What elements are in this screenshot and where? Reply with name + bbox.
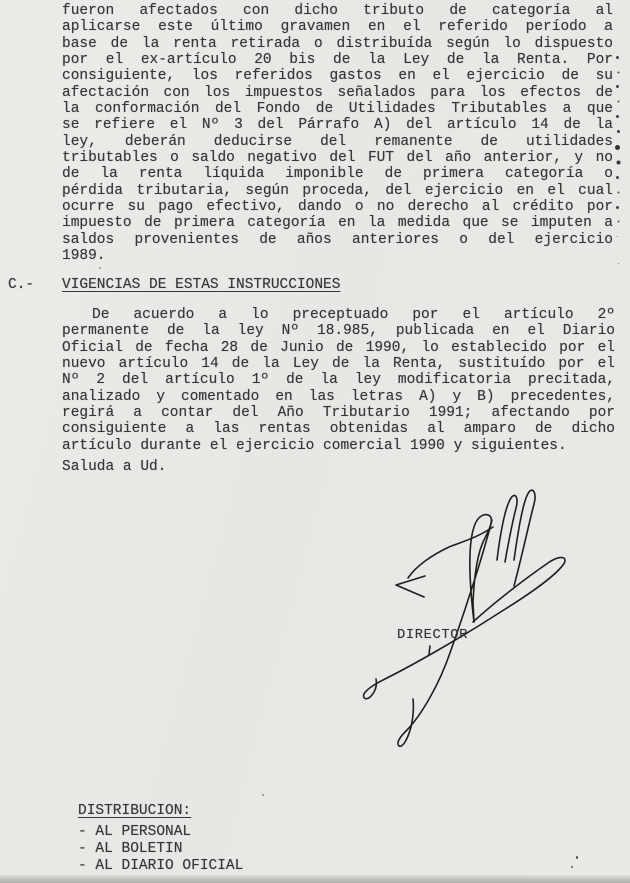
text-line: nuevo artículo 14 de la Ley de la Renta,…: [62, 356, 615, 372]
distribution-heading: DISTRIBUCION:: [78, 803, 243, 820]
signature-scribble: [340, 475, 600, 765]
scan-speck: [571, 866, 573, 868]
text-line: 1989.: [62, 248, 613, 264]
text-line: de la renta líquida imponible de primera…: [62, 166, 613, 182]
scanned-document-page: { "document": { "paragraph_1": { "lines"…: [0, 0, 630, 883]
distribution-item: - AL PERSONAL: [78, 824, 243, 841]
scan-bottom-edge: [0, 875, 630, 883]
text-line: afectación con los impuestos señalados p…: [62, 85, 613, 101]
distribution-item: - AL DIARIO OFICIAL: [78, 858, 243, 875]
text-line: tributables o saldo negativo del FUT del…: [62, 150, 613, 166]
text-line: artículo durante el ejercicio comercial …: [62, 438, 615, 454]
text-line: permanente de la ley Nº 18.985, publicad…: [62, 323, 615, 339]
section-label-c: C.-: [8, 277, 34, 293]
scan-speck: [262, 794, 264, 796]
distribution-item: - AL BOLETIN: [78, 841, 243, 858]
distribution-block: DISTRIBUCION: - AL PERSONAL- AL BOLETIN-…: [78, 803, 243, 875]
text-line: Oficial de fecha 28 de Junio de 1990, lo…: [62, 340, 615, 356]
text-line: aplicarse este último gravamen en el ref…: [62, 19, 613, 35]
paragraph-continuation: fueron afectados con dicho tributo de ca…: [62, 3, 613, 265]
text-line: la conformación del Fondo de Utilidades …: [62, 101, 613, 117]
text-line: Nº 2 del artículo 1º de la ley modificat…: [62, 372, 615, 388]
text-line: ocurre su pago efectivo, dando o no dere…: [62, 199, 613, 215]
scan-edge-dots: [616, 56, 619, 59]
section-heading-vigencias: VIGENCIAS DE ESTAS INSTRUCCIONES: [62, 277, 340, 293]
text-line: saldos provenientes de años anteriores o…: [62, 232, 613, 248]
text-line: De acuerdo a lo preceptuado por el artíc…: [62, 307, 615, 323]
director-title: DIRECTOR: [397, 628, 468, 644]
text-line: fueron afectados con dicho tributo de ca…: [62, 3, 613, 19]
text-line: regirá a contar del Año Tributario 1991;…: [62, 405, 615, 421]
text-line: por el ex-artículo 20 bis de la Ley de l…: [62, 52, 613, 68]
scan-speck: [604, 28, 606, 30]
section-c-paragraph: De acuerdo a lo preceptuado por el artíc…: [62, 307, 615, 454]
text-line: consiguiente a las rentas obtenidas al a…: [62, 421, 615, 437]
scan-speck: [99, 267, 101, 269]
text-line: ley, deberán deducirse del remanente de …: [62, 134, 613, 150]
text-line: pérdida tributaria, según proceda, del e…: [62, 183, 613, 199]
text-line: analizado y comentado en las letras A) y…: [62, 389, 615, 405]
scan-speck: [576, 856, 578, 859]
text-line: consiguiente, los referidos gastos en el…: [62, 68, 613, 84]
salutation-line: Saluda a Ud.: [62, 459, 166, 475]
text-line: se refiere el Nº 3 del Párrafo A) del ar…: [62, 117, 613, 133]
distribution-items: - AL PERSONAL- AL BOLETIN- AL DIARIO OFI…: [78, 824, 243, 875]
text-line: base de la renta retirada o distribuída …: [62, 36, 613, 52]
text-line: impuesto de primera categoría en la medi…: [62, 215, 613, 231]
